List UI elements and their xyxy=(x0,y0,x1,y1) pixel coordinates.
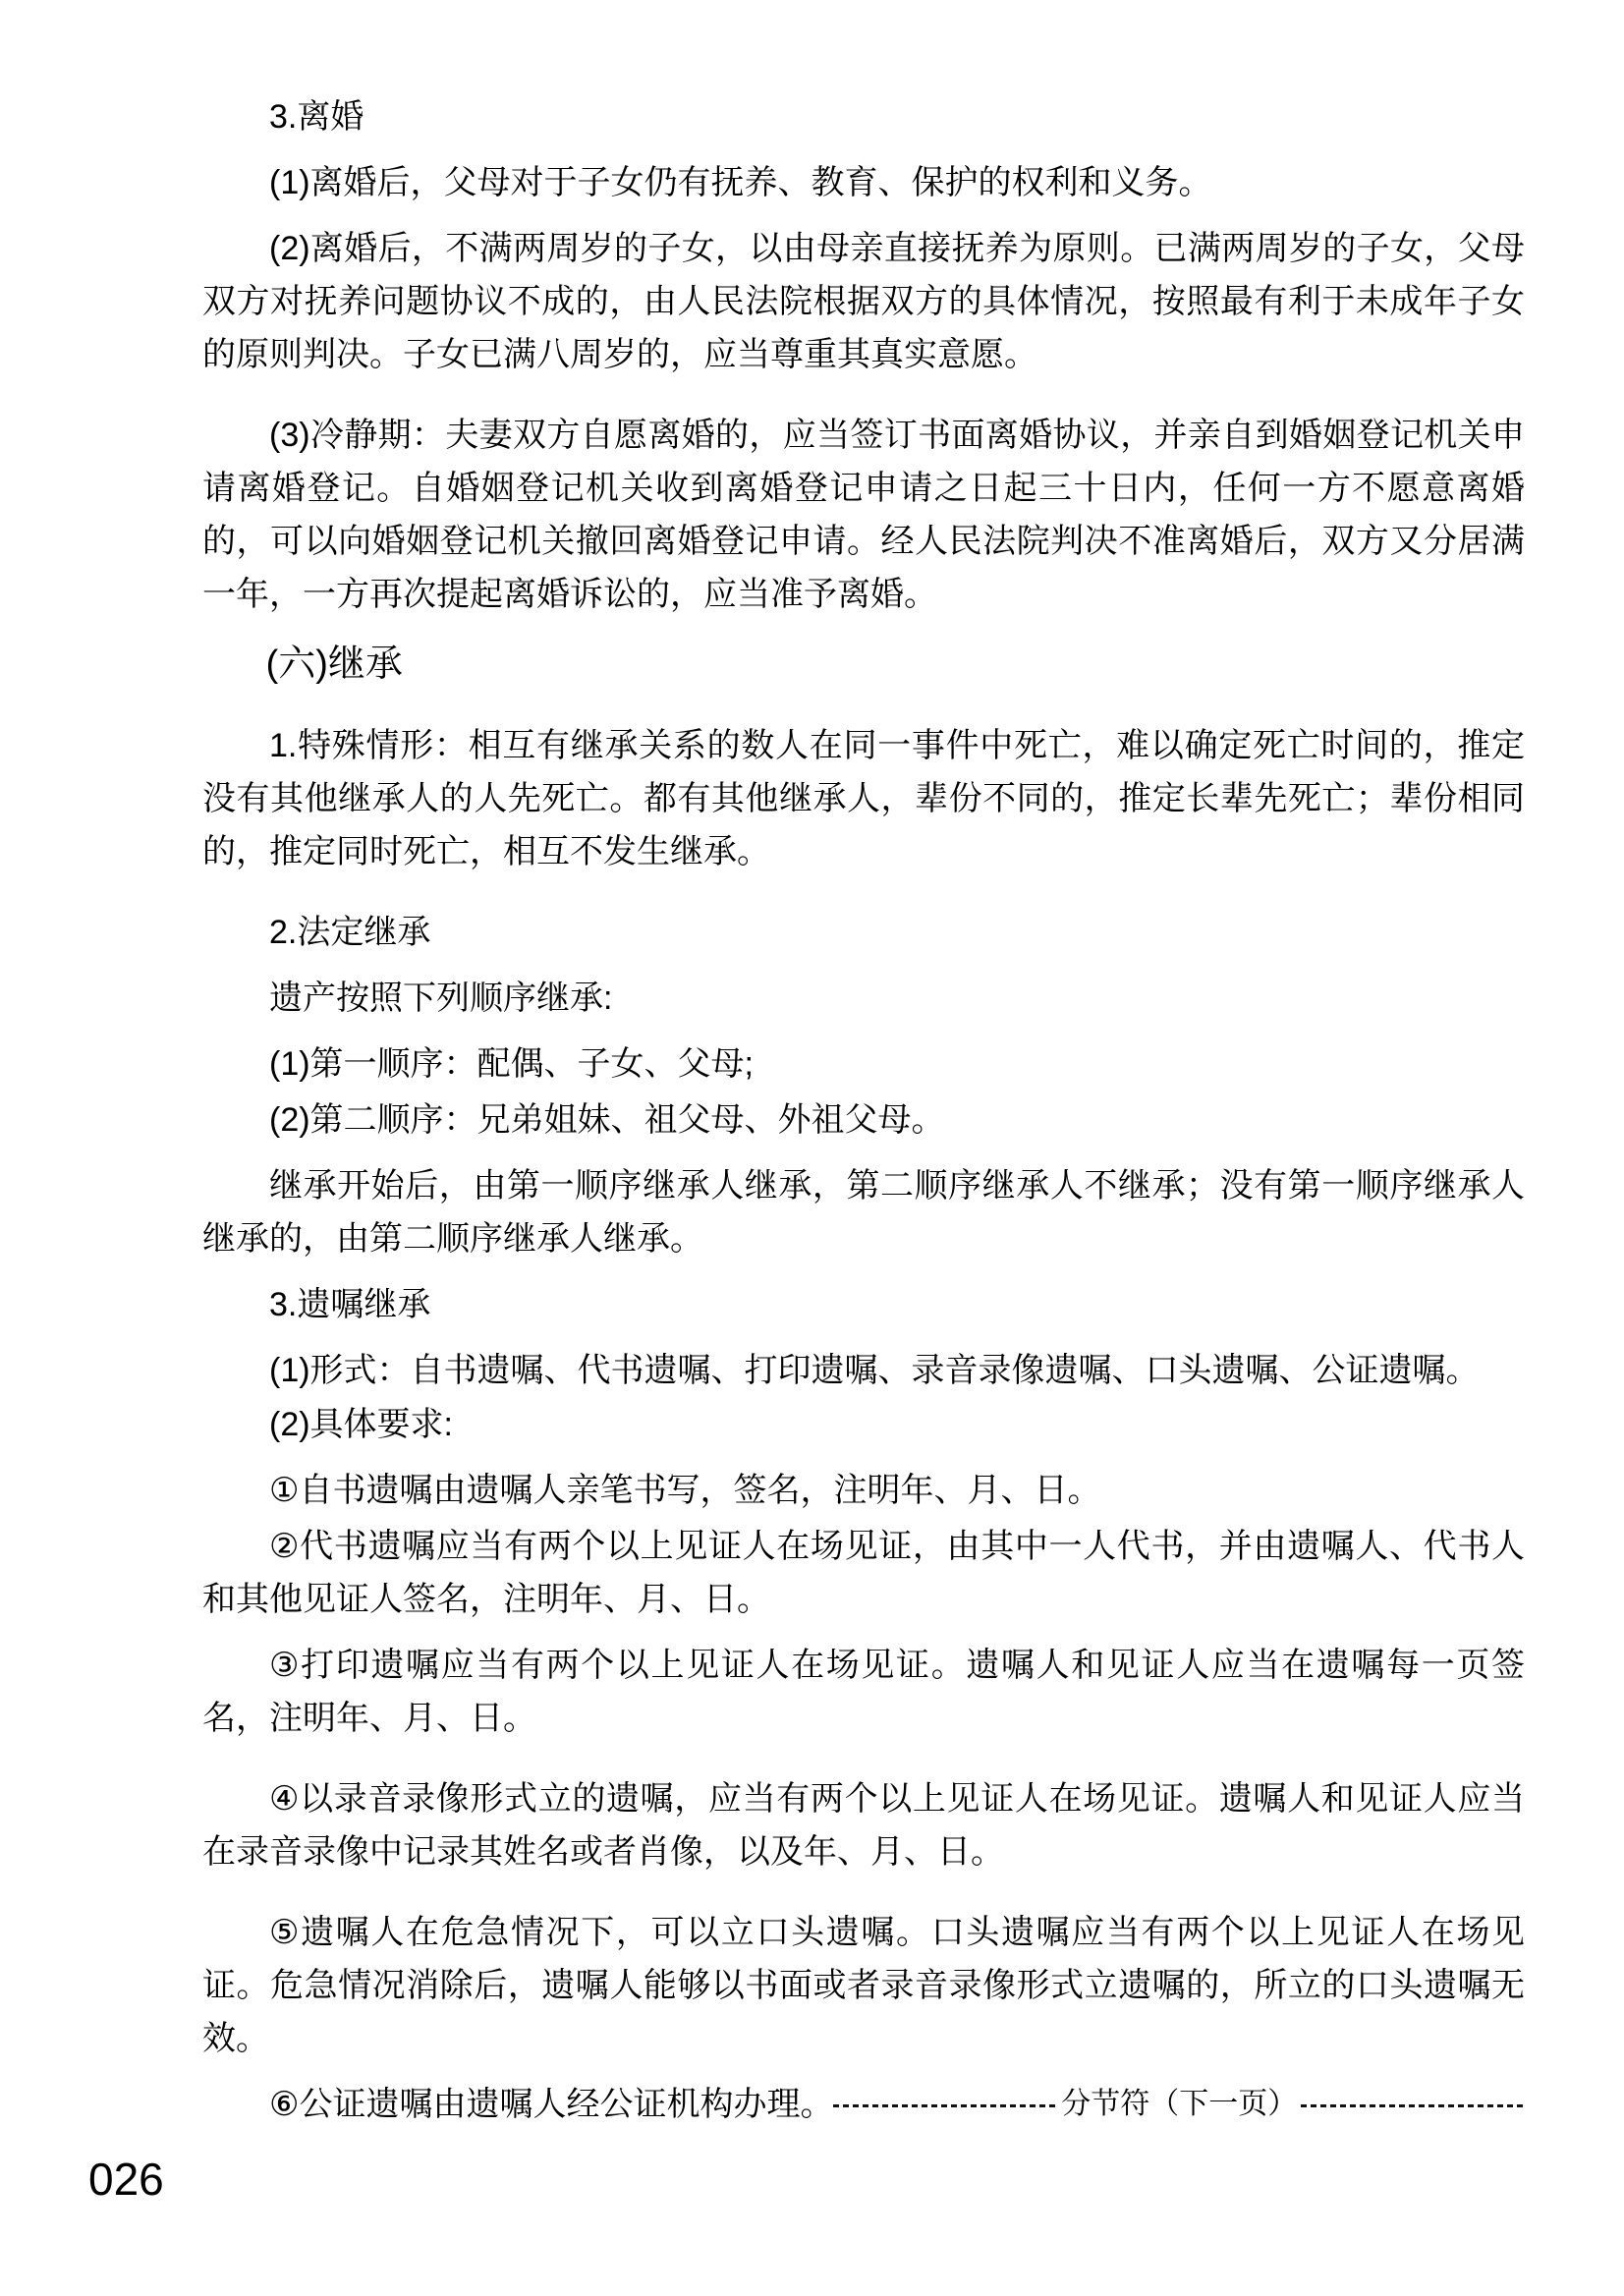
paragraph-will-requirements: (2)具体要求: xyxy=(202,1398,1525,1451)
paragraph-inheritance-start: 继承开始后，由第一顺序继承人继承，第二顺序继承人不继承；没有第一顺序继承人继承的… xyxy=(202,1159,1525,1265)
paragraph-divorce-1: (1)离婚后，父母对于子女仍有抚养、教育、保护的权利和义务。 xyxy=(202,156,1525,209)
document-body: 3.离婚 (1)离婚后，父母对于子女仍有抚养、教育、保护的权利和义务。 (2)离… xyxy=(202,90,1525,2131)
paragraph-will-item-1: ①自书遗嘱由遗嘱人亲笔书写，签名，注明年、月、日。 xyxy=(202,1464,1525,1517)
paragraph-will-heading: 3.遗嘱继承 xyxy=(202,1278,1525,1331)
paragraph-second-order: (2)第二顺序：兄弟姐妹、祖父母、外祖父母。 xyxy=(202,1093,1525,1147)
paragraph-will-item-4: ④以录音录像形式立的遗嘱，应当有两个以上见证人在场见证。遗嘱人和见证人应当在录音… xyxy=(202,1772,1525,1878)
section-break-dash-left xyxy=(833,2104,1057,2107)
paragraph-will-item-2: ②代书遗嘱应当有两个以上见证人在场见证，由其中一人代书，并由遗嘱人、代书人和其他… xyxy=(202,1520,1525,1626)
section-heading-inheritance: (六)继承 xyxy=(202,635,1525,694)
paragraph-statutory-heading: 2.法定继承 xyxy=(202,906,1525,959)
first-line-indent xyxy=(202,2104,269,2105)
paragraph-first-order: (1)第一顺序：配偶、子女、父母; xyxy=(202,1037,1525,1091)
page-number: 026 xyxy=(88,2154,164,2205)
paragraph-special-cases: 1.特殊情形：相互有继承关系的数人在同一事件中死亡，难以确定死亡时间的，推定没有… xyxy=(202,719,1525,878)
paragraph-will-item-5: ⑤遗嘱人在危急情况下，可以立口头遗嘱。口头遗嘱应当有两个以上见证人在场见证。危急… xyxy=(202,1906,1525,2065)
section-break-dash-right xyxy=(1301,2104,1525,2107)
paragraph-divorce-heading: 3.离婚 xyxy=(202,90,1525,143)
paragraph-will-item-6: ⑥公证遗嘱由遗嘱人经公证机构办理。 分节符（下一页） xyxy=(202,2078,1525,2131)
paragraph-will-item-3: ③打印遗嘱应当有两个以上见证人在场见证。遗嘱人和见证人应当在遗嘱每一页签名，注明… xyxy=(202,1639,1525,1745)
paragraph-will-forms: (1)形式：自书遗嘱、代书遗嘱、打印遗嘱、录音录像遗嘱、口头遗嘱、公证遗嘱。 xyxy=(202,1344,1525,1397)
paragraph-estate-order-intro: 遗产按照下列顺序继承: xyxy=(202,972,1525,1025)
paragraph-divorce-3: (3)冷静期：夫妻双方自愿离婚的，应当签订书面离婚协议，并亲自到婚姻登记机关申请… xyxy=(202,409,1525,621)
section-break-label: 分节符（下一页） xyxy=(1057,2083,1301,2126)
paragraph-text: ⑥公证遗嘱由遗嘱人经公证机构办理。 xyxy=(269,2078,833,2131)
document-page: 3.离婚 (1)离婚后，父母对于子女仍有抚养、教育、保护的权利和义务。 (2)离… xyxy=(0,0,1624,2296)
paragraph-divorce-2: (2)离婚后，不满两周岁的子女，以由母亲直接抚养为原则。已满两周岁的子女，父母双… xyxy=(202,222,1525,381)
